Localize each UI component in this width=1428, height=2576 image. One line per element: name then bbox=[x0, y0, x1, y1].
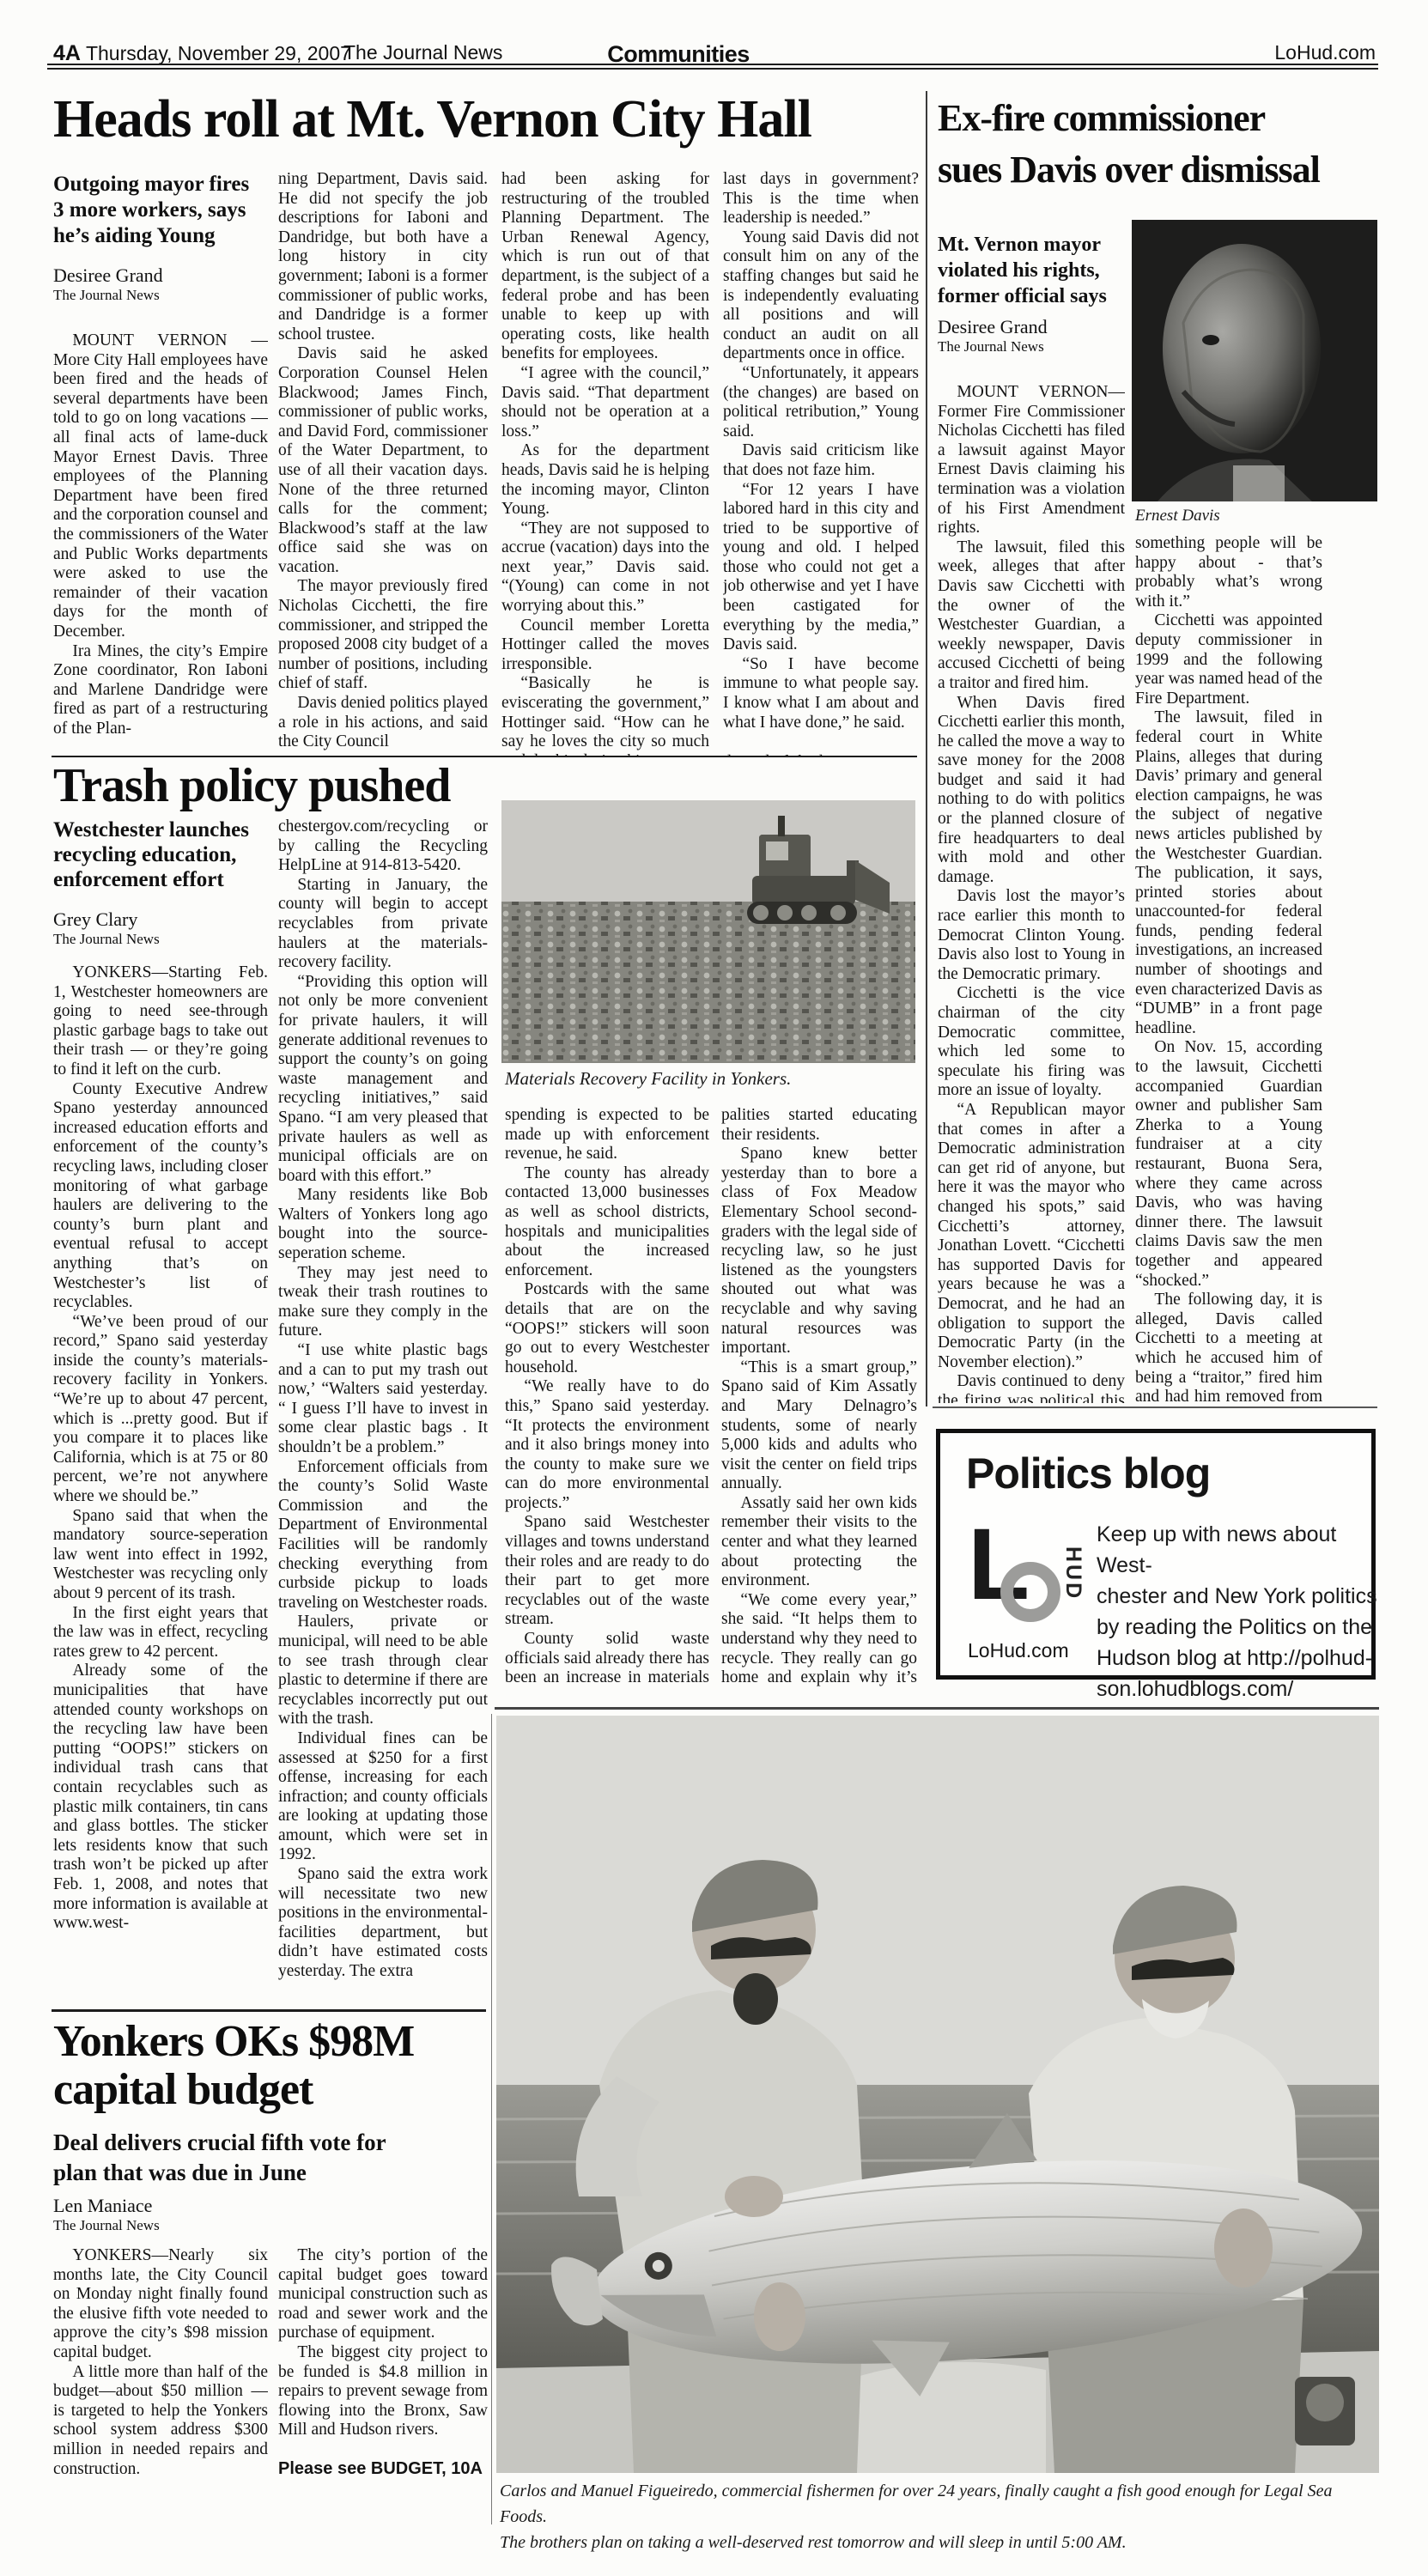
trash-col-4: palities started educating their residen… bbox=[721, 1106, 917, 1688]
politics-blog-box: Politics blog L HUD LoHud.com Keep up wi… bbox=[936, 1429, 1376, 1680]
paragraph: Davis denied politics played a role in h… bbox=[278, 694, 488, 752]
paragraph: On Nov. 15, according to the lawsuit, Ci… bbox=[1135, 1038, 1322, 1291]
paragraph: Spano said Westchester villages and town… bbox=[505, 1513, 709, 1630]
paragraph: The county has already contacted 13,000 … bbox=[505, 1164, 709, 1281]
paragraph: “So I have become immune to what people … bbox=[723, 655, 919, 732]
paragraph: ning Department, Davis said. He did not … bbox=[278, 170, 488, 344]
header-rule-top bbox=[47, 64, 1378, 65]
fishermen-photo-art bbox=[496, 1716, 1379, 2473]
vertical-divider bbox=[926, 91, 927, 1406]
site-name: LoHud.com bbox=[1204, 41, 1376, 64]
trash-headline: Trash policy pushed bbox=[53, 759, 450, 812]
main-col-1: MOUNT VERNON — More City Hall employees … bbox=[53, 331, 268, 756]
davis-portrait-art bbox=[1132, 220, 1377, 501]
lohud-logo-o-icon bbox=[1000, 1562, 1060, 1622]
exfire-col-b: something people will be happy about - t… bbox=[1135, 534, 1322, 1403]
trash-subhead: Westchester launches recycling education… bbox=[53, 817, 285, 892]
paragraph: Haulers, private or municipal, will need… bbox=[278, 1613, 488, 1729]
paragraph: Davis continued to deny the firing was p… bbox=[938, 1372, 1125, 1403]
paragraph: palities started educating their residen… bbox=[721, 1106, 917, 1145]
byline-org: The Journal News bbox=[53, 286, 163, 304]
paragraph: “We’ve been proud of our record,” Spano … bbox=[53, 1313, 268, 1507]
paragraph: “Basically he is eviscerating the govern… bbox=[501, 674, 709, 756]
header-date: 4A Thursday, November 29, 2007 bbox=[53, 41, 351, 66]
trash-facility-photo bbox=[501, 800, 915, 1063]
paragraph: Young said Davis did not consult him on … bbox=[723, 228, 919, 364]
paragraph: “We come every year,” she said. “It help… bbox=[721, 1591, 917, 1688]
byline-name: Grey Clary bbox=[53, 908, 160, 930]
main-col-3: had been asking for restructuring of the… bbox=[501, 170, 709, 756]
main-col-2: ning Department, Davis said. He did not … bbox=[278, 170, 488, 756]
paragraph: “I agree with the council,” Davis said. … bbox=[501, 364, 709, 441]
trash-col-1: YONKERS—Starting Feb. 1, Westchester hom… bbox=[53, 963, 268, 2008]
paragraph: chestergov.com/recycling or by calling t… bbox=[278, 817, 488, 876]
trash-photo-caption: Materials Recovery Facility in Yonkers. bbox=[505, 1068, 791, 1090]
lohud-logo-hud: HUD bbox=[1060, 1546, 1085, 1601]
paragraph: Many residents like Bob Walters of Yonke… bbox=[278, 1186, 488, 1263]
yonkers-subhead: Deal delivers crucial fifth vote for pla… bbox=[53, 2128, 491, 2188]
paragraph: The following day, it is alleged, Davis … bbox=[1135, 1291, 1322, 1403]
fishermen-photo-caption: Carlos and Manuel Figueiredo, commercial… bbox=[500, 2478, 1367, 2555]
section-divider bbox=[52, 756, 917, 757]
fishermen-photo bbox=[496, 1716, 1379, 2473]
lohud-site-label: LoHud.com bbox=[968, 1639, 1069, 1662]
photo-top-rule bbox=[495, 1707, 1379, 1710]
paragraph: As for the department heads, Davis said … bbox=[501, 441, 709, 519]
politics-blog-title: Politics blog bbox=[966, 1450, 1210, 1497]
yonkers-byline: Len Maniace The Journal News bbox=[53, 2195, 160, 2234]
paragraph: last days in government? This is the tim… bbox=[723, 170, 919, 228]
header-rule-bottom bbox=[47, 68, 1378, 70]
paragraph: Davis lost the mayor’s race earlier this… bbox=[938, 887, 1125, 984]
paragraph: Cicchetti was appointed deputy commissio… bbox=[1135, 611, 1322, 708]
exfire-col-a: MOUNT VERNON— Former Fire Commissioner N… bbox=[938, 383, 1125, 1403]
trash-byline: Grey Clary The Journal News bbox=[53, 908, 160, 948]
paragraph: Davis said criticism like that does not … bbox=[723, 441, 919, 480]
lohud-logo: L HUD LoHud.com bbox=[968, 1522, 1088, 1667]
paragraph: MOUNT VERNON — More City Hall employees … bbox=[53, 331, 268, 642]
date-text: Thursday, November 29, 2007 bbox=[86, 42, 351, 64]
paragraph: “I use white plastic bags and a can to p… bbox=[278, 1341, 488, 1458]
paragraph: The city’s portion of the capital budget… bbox=[278, 2246, 488, 2343]
paragraph: MOUNT VERNON— Former Fire Commissioner N… bbox=[938, 383, 1125, 538]
paragraph: Cicchetti is the vice chairman of the ci… bbox=[938, 984, 1125, 1101]
paragraph: A little more than half of the budget—ab… bbox=[53, 2363, 268, 2480]
byline-org: The Journal News bbox=[53, 930, 160, 948]
paragraph: The biggest city project to be funded is… bbox=[278, 2343, 488, 2440]
yonkers-headline: Yonkers OKs $98M capital budget bbox=[53, 2018, 414, 2114]
main-col-4: last days in government? This is the tim… bbox=[723, 170, 919, 756]
paragraph: Assatly said her own kids remember their… bbox=[721, 1494, 917, 1591]
byline-org: The Journal News bbox=[53, 2216, 160, 2234]
paragraph: Enforcement officials from the county’s … bbox=[278, 1458, 488, 1613]
yonkers-col-1: YONKERS—Nearly six months late, the City… bbox=[53, 2246, 268, 2512]
paragraph: “A Republican mayor that comes in after … bbox=[938, 1101, 1125, 1372]
photo-left-rule bbox=[491, 1714, 492, 2524]
main-subhead: Outgoing mayor fires 3 more workers, say… bbox=[53, 172, 285, 249]
trash-col-3: spending is expected to be made up with … bbox=[505, 1106, 709, 1688]
paragraph: The lawsuit, filed in federal court in W… bbox=[1135, 708, 1322, 1038]
main-headline: Heads roll at Mt. Vernon City Hall bbox=[53, 89, 811, 149]
paragraph: “Unfortunately, it appears (the changes)… bbox=[723, 364, 919, 441]
paragraph: In the first eight years that the law wa… bbox=[53, 1604, 268, 1662]
ernest-davis-photo bbox=[1132, 220, 1377, 501]
paragraph: Individual fines can be assessed at $250… bbox=[278, 1729, 488, 1865]
byline-name: Desiree Grand bbox=[53, 264, 163, 286]
paragraph: Postcards with the same details that are… bbox=[505, 1280, 709, 1377]
trash-photo-art bbox=[501, 800, 915, 1063]
paragraph: The lawsuit, filed this week, alleges th… bbox=[938, 538, 1125, 694]
yonkers-rule bbox=[52, 2009, 486, 2012]
paragraph: Davis said he asked Corporation Counsel … bbox=[278, 344, 488, 577]
yonkers-col-2: The city’s portion of the capital budget… bbox=[278, 2246, 488, 2512]
paragraph: “This is a smart group,” Spano said of K… bbox=[721, 1358, 917, 1494]
paragraph: Starting in January, the county will beg… bbox=[278, 876, 488, 973]
paragraph: Spano knew better yesterday than to bore… bbox=[721, 1145, 917, 1358]
main-byline: Desiree Grand The Journal News bbox=[53, 264, 163, 304]
newspaper-page: 4A Thursday, November 29, 2007 The Journ… bbox=[0, 0, 1428, 2576]
paragraph: spending is expected to be made up with … bbox=[505, 1106, 709, 1164]
paragraph: They may jest need to tweak their trash … bbox=[278, 1264, 488, 1341]
byline-name: Len Maniace bbox=[53, 2195, 160, 2216]
paragraph: Please see BUDGET, 10A bbox=[278, 2459, 488, 2479]
paragraph: YONKERS—Nearly six months late, the City… bbox=[53, 2246, 268, 2363]
paragraph: Ira Mines, the city’s Empire Zone coordi… bbox=[53, 642, 268, 739]
trash-col-2: chestergov.com/recycling or by calling t… bbox=[278, 817, 488, 2008]
paragraph: had been asking for restructuring of the… bbox=[501, 170, 709, 364]
paragraph: When Davis fired Cicchetti earlier this … bbox=[938, 694, 1125, 888]
byline-org: The Journal News bbox=[938, 337, 1048, 355]
paragraph: something people will be happy about - t… bbox=[1135, 534, 1322, 611]
blog-top-rule bbox=[933, 1406, 1377, 1408]
byline-name: Desiree Grand bbox=[938, 316, 1048, 337]
page-number: 4A bbox=[53, 41, 81, 65]
paragraph: Spano said that when the mandatory sourc… bbox=[53, 1507, 268, 1604]
paragraph: Spano said the extra work will necessita… bbox=[278, 1865, 488, 1982]
paragraph: Already some of the municipalities that … bbox=[53, 1662, 268, 1933]
paper-name: The Journal News bbox=[343, 41, 502, 64]
paragraph: “Providing this option will not only be … bbox=[278, 973, 488, 1187]
paragraph: “We really have to do this,” Spano said … bbox=[505, 1377, 709, 1513]
exfire-subhead: Mt. Vernon mayor violated his rights, fo… bbox=[938, 232, 1152, 309]
paragraph: The mayor previously fired Nicholas Cicc… bbox=[278, 577, 488, 694]
paragraph: County Executive Andrew Spano yesterday … bbox=[53, 1080, 268, 1313]
paragraph: County solid waste officials said alread… bbox=[505, 1630, 709, 1688]
paragraph: “They are not supposed to accrue (vacati… bbox=[501, 519, 709, 617]
paragraph: Council member Loretta Hottinger called … bbox=[501, 617, 709, 675]
paragraph: “For 12 years I have labored hard in thi… bbox=[723, 481, 919, 655]
exfire-headline: Ex-fire commissioner sues Davis over dis… bbox=[938, 93, 1320, 196]
politics-blog-text[interactable]: Keep up with news about West- chester an… bbox=[1097, 1519, 1380, 1704]
davis-photo-caption: Ernest Davis bbox=[1135, 507, 1220, 526]
paragraph: YONKERS—Starting Feb. 1, Westchester hom… bbox=[53, 963, 268, 1080]
exfire-byline: Desiree Grand The Journal News bbox=[938, 316, 1048, 355]
